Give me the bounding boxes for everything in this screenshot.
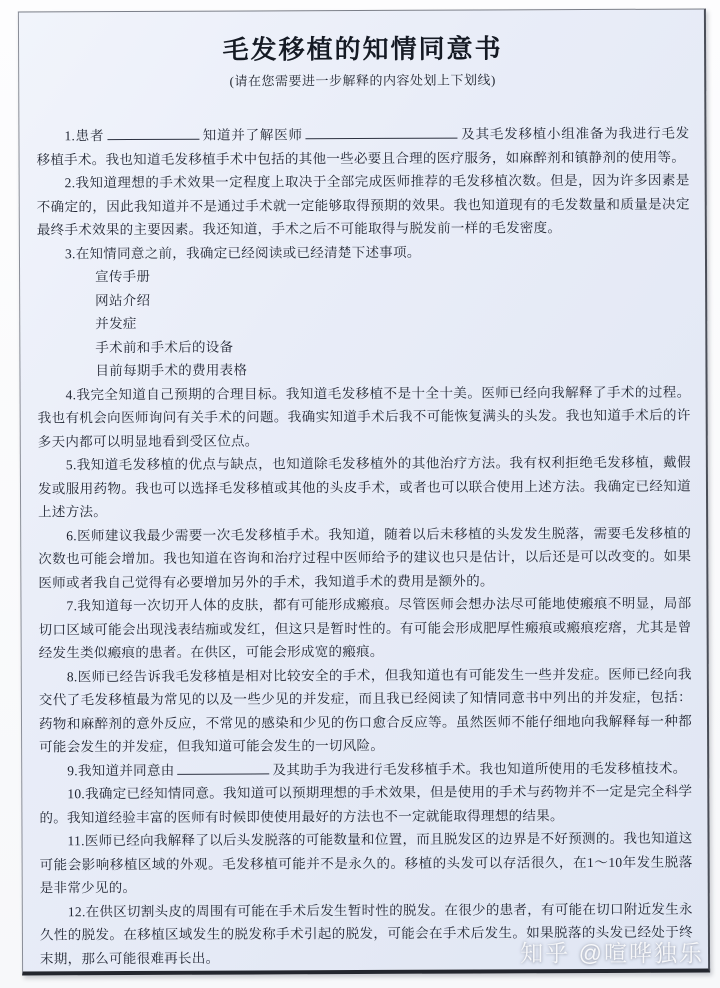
clause-1-text-b: 知道并了解医师 xyxy=(202,127,303,142)
list-item-brochure: 宣传手册 xyxy=(95,263,690,289)
clause-1: 1.患者知道并了解医师及其毛发移植小组准备为我进行毛发移植手术。我也知道毛发移植… xyxy=(36,122,689,172)
reviewed-items-list: 宣传手册 网站介绍 并发症 手术前和手术后的设备 目前每期手术的费用表格 xyxy=(37,263,691,383)
clause-3: 3.在知情同意之前，我确定已经阅读或已经清楚下述事项。 xyxy=(37,239,690,265)
clause-9-text-b: 及其助手为我进行毛发移植手术。我也知道所使用的毛发移植技术。 xyxy=(273,760,687,777)
scan-background: 毛发移植的知情同意书 (请在您需要进一步解释的内容处划上下划线) 1.患者知道并… xyxy=(0,0,720,988)
clause-10: 10.我确定已经知情同意。我知道可以预期理想的手术效果，但是使用的手术与药物并不… xyxy=(39,780,692,830)
surgeon-name-blank xyxy=(178,761,270,774)
document-title: 毛发移植的知情同意书 xyxy=(36,28,689,68)
clause-11: 11.医师已经向我解释了以后头发脱落的可能数量和位置，而且脱发区的边界是不好预测… xyxy=(39,827,692,900)
clause-2: 2.我知道理想的手术效果一定程度上取决于全部完成医师推荐的毛发移植次数。但是，因… xyxy=(37,169,690,242)
clause-6: 6.医师建议我最少需要一次毛发移植手术。我知道，随着以后未移植的头发发生脱落，需… xyxy=(38,521,691,594)
clause-7: 7.我知道每一次切开人体的皮肤，都有可能形成瘢痕。尽管医师会想办法尽可能地使瘢痕… xyxy=(38,592,691,665)
document-body: 1.患者知道并了解医师及其毛发移植小组准备为我进行毛发移植手术。我也知道毛发移植… xyxy=(36,122,693,971)
zhihu-watermark: 知乎 @喧哗独乐 xyxy=(520,935,704,968)
list-item-fee-schedule: 目前每期手术的费用表格 xyxy=(95,357,690,383)
clause-4: 4.我完全知道自己预期的合理目标。我知道毛发移植不是十全十美。医师已经向我解释了… xyxy=(38,380,691,453)
doctor-name-blank xyxy=(306,126,458,140)
clause-9: 9.我知道并同意由及其助手为我进行毛发移植手术。我也知道所使用的毛发移植技术。 xyxy=(39,756,692,782)
document-subtitle: (请在您需要进一步解释的内容处划上下划线) xyxy=(36,69,689,91)
patient-name-blank xyxy=(107,127,199,140)
consent-document-page: 毛发移植的知情同意书 (请在您需要进一步解释的内容处划上下划线) 1.患者知道并… xyxy=(18,9,710,976)
list-item-website: 网站介绍 xyxy=(95,286,690,312)
list-item-complications: 并发症 xyxy=(95,310,690,336)
clause-9-text-a: 9.我知道并同意由 xyxy=(67,762,174,777)
list-item-equipment: 手术前和手术后的设备 xyxy=(95,333,690,359)
clause-1-text-a: 1.患者 xyxy=(64,128,104,143)
clause-5: 5.我知道毛发移植的优点与缺点，也知道除毛发移植外的其他治疗方法。我有权利拒绝毛… xyxy=(38,451,691,524)
clause-8: 8.医师已经告诉我毛发移植是相对比较安全的手术，但我知道也有可能发生一些并发症。… xyxy=(39,662,692,759)
